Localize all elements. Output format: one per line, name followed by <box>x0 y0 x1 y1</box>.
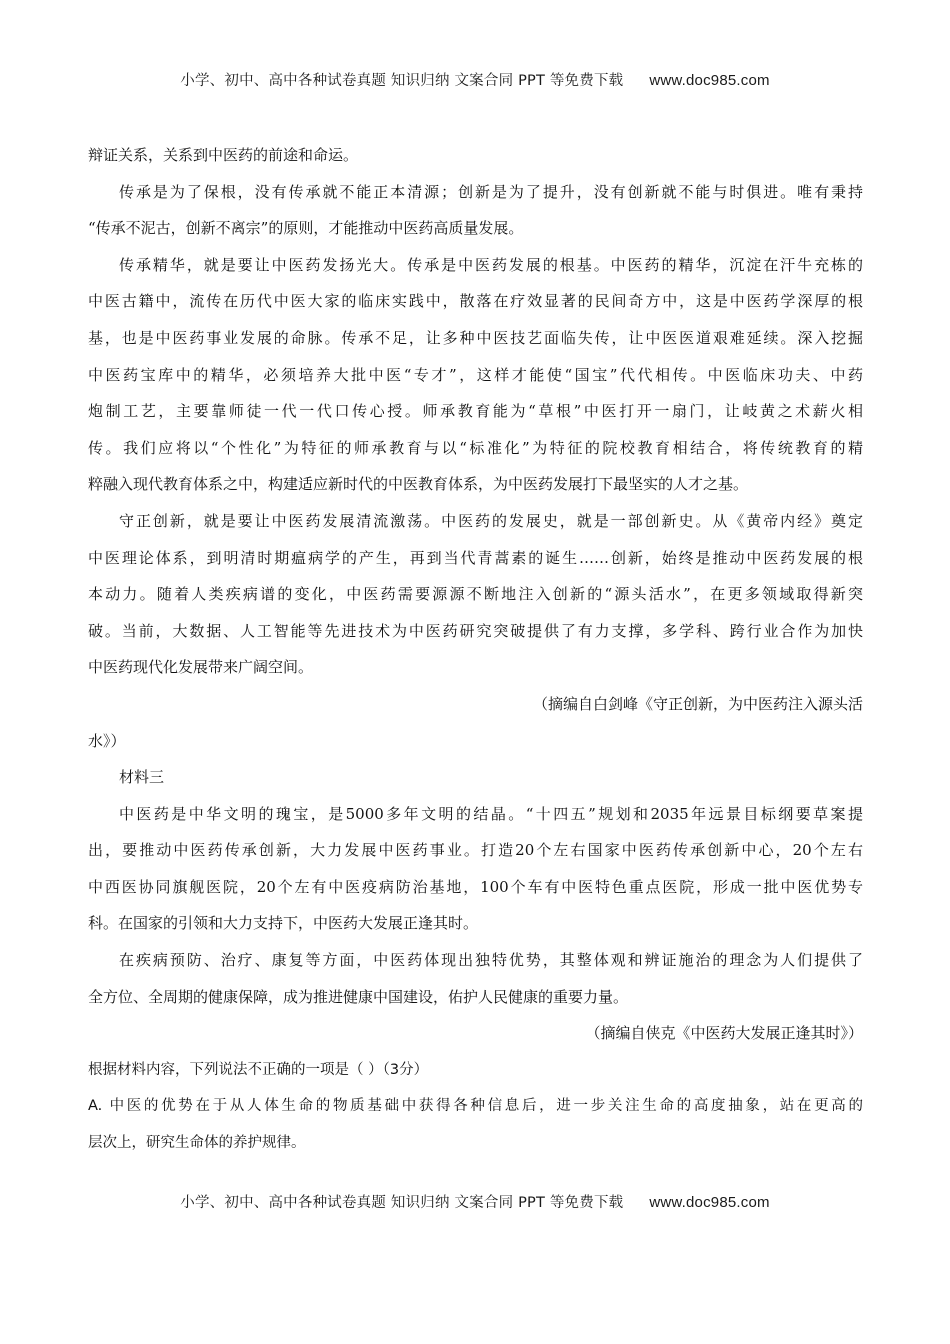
document-body: 辩证关系，关系到中医药的前途和命运。 传承是为了保根，没有传承就不能正本清源；创… <box>88 143 863 1168</box>
source-citation: （摘编自白剑峰《守正创新，为中医药注入源头活 <box>88 692 863 729</box>
section-heading-material-3: 材料三 <box>88 765 863 802</box>
paragraph-line: 中医理论体系，到明清时期瘟病学的产生，再到当代青蒿素的诞生……创新，始终是推动中… <box>88 546 863 583</box>
paragraph-line: 传。我们应将以“个性化”为特征的师承教育与以“标准化”为特征的院校教育相结合，将… <box>88 436 863 473</box>
paragraph-line: 中医药是中华文明的瑰宝，是5000多年文明的结晶。“十四五”规划和2035年远景… <box>88 802 863 839</box>
paragraph-line: 中西医协同旗舰医院，20个左有中医疫病防治基地，100个车有中医特色重点医院，形… <box>88 875 863 912</box>
question-stem: 根据材料内容，下列说法不正确的一项是（ ）（3分） <box>88 1058 863 1095</box>
paragraph-line: “传承不泥古，创新不离宗”的原则，才能推动中医药高质量发展。 <box>88 216 863 253</box>
paragraph-line: 中医药现代化发展带来广阔空间。 <box>88 655 863 692</box>
page-header-banner: 小学、初中、高中各种试卷真题 知识归纳 文案合同 PPT 等免费下载www.do… <box>0 69 950 90</box>
paragraph-line: 守正创新，就是要让中医药发展清流激荡。中医药的发展史，就是一部创新史。从《黄帝内… <box>88 509 863 546</box>
paragraph-line: 本动力。随着人类疾病谱的变化，中医药需要源源不断地注入创新的“源头活水”，在更多… <box>88 582 863 619</box>
header-text: 小学、初中、高中各种试卷真题 知识归纳 文案合同 PPT 等免费下载 <box>180 73 623 89</box>
paragraph-line: 基，也是中医药事业发展的命脉。传承不足，让多种中医技艺面临失传，让中医医道艰难延… <box>88 326 863 363</box>
paragraph-line: 中医药宝库中的精华，必须培养大批中医“专才”，这样才能使“国宝”代代相传。中医临… <box>88 363 863 400</box>
paragraph-line: 出，要推动中医药传承创新，大力发展中医药事业。打造20个左右国家中医药传承创新中… <box>88 838 863 875</box>
paragraph-line: 传承是为了保根，没有传承就不能正本清源；创新是为了提升，没有创新就不能与时俱进。… <box>88 180 863 217</box>
paragraph-line: 科。在国家的引领和大力支持下，中医药大发展正逢其时。 <box>88 911 863 948</box>
option-a: A. 中医的优势在于从人体生命的物质基础中获得各种信息后，进一步关注生命的高度抽… <box>88 1094 863 1131</box>
paragraph-line: 中医古籍中，流传在历代中医大家的临床实践中，散落在疗效显著的民间奇方中，这是中医… <box>88 289 863 326</box>
footer-text: 小学、初中、高中各种试卷真题 知识归纳 文案合同 PPT 等免费下载 <box>180 1195 623 1211</box>
option-a-cont: 层次上，研究生命体的养护规律。 <box>88 1131 863 1168</box>
paragraph-line: 粹融入现代教育体系之中，构建适应新时代的中医教育体系，为中医药发展打下最坚实的人… <box>88 472 863 509</box>
source-citation: （摘编自侠克《中医药大发展正逢其时》） <box>88 1021 863 1058</box>
paragraph-line: 辩证关系，关系到中医药的前途和命运。 <box>88 143 863 180</box>
paragraph-line: 炮制工艺，主要靠师徒一代一代口传心授。师承教育能为“草根”中医打开一扇门，让岐黄… <box>88 399 863 436</box>
source-citation-cont: 水》） <box>88 729 863 766</box>
paragraph-line: 在疾病预防、治疗、康复等方面，中医药体现出独特优势，其整体观和辨证施治的理念为人… <box>88 948 863 985</box>
paragraph-line: 破。当前，大数据、人工智能等先进技术为中医药研究突破提供了有力支撑，多学科、跨行… <box>88 619 863 656</box>
footer-url: www.doc985.com <box>649 1194 769 1211</box>
paragraph-line: 全方位、全周期的健康保障，成为推进健康中国建设，佑护人民健康的重要力量。 <box>88 985 863 1022</box>
paragraph-line: 传承精华，就是要让中医药发扬光大。传承是中医药发展的根基。中医药的精华，沉淀在汗… <box>88 253 863 290</box>
header-url: www.doc985.com <box>649 72 769 89</box>
page-footer-banner: 小学、初中、高中各种试卷真题 知识归纳 文案合同 PPT 等免费下载www.do… <box>0 1191 950 1212</box>
